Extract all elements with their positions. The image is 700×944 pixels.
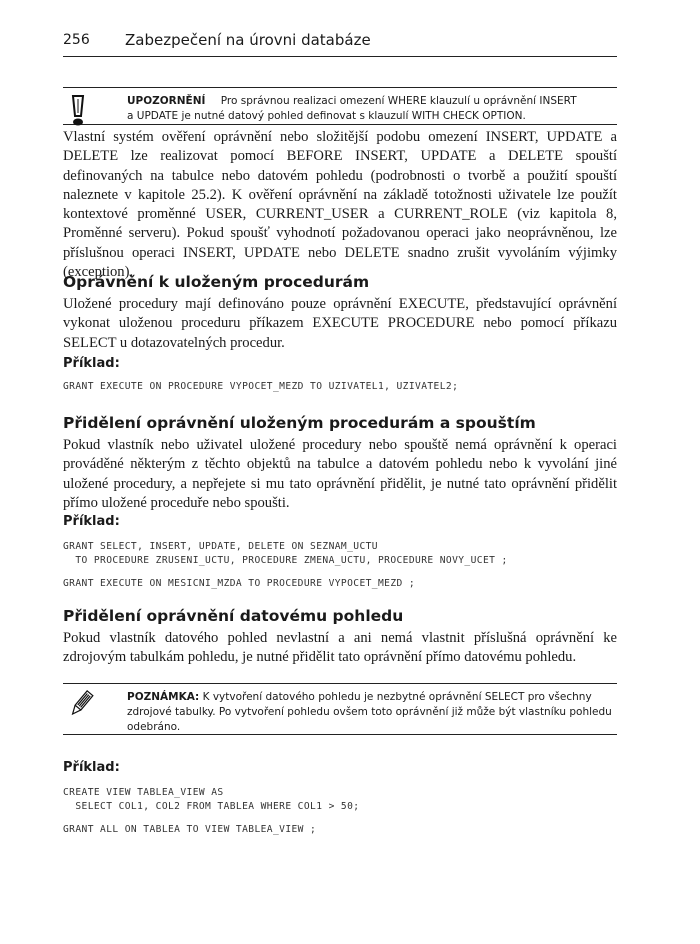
pencil-icon [67,690,95,718]
page-number: 256 [63,32,90,48]
heading-grant-procedures-triggers: Přidělení oprávnění uloženým procedurám … [63,414,536,432]
code-example-1: GRANT EXECUTE ON PROCEDURE VYPOCET_MEZD … [63,380,458,394]
grant-view-paragraph: Pokud vlastník datového pohled nevlastní… [63,629,617,668]
example-label-1: Příklad: [63,356,120,371]
note-text: POZNÁMKA: K vytvoření datového pohledu j… [127,684,617,741]
example-label-3: Příklad: [63,760,120,775]
warning-label: UPOZORNĚNÍ [127,95,205,107]
warning-callout: UPOZORNĚNÍ Pro správnou realizaci omezen… [63,87,617,125]
note-body: K vytvoření datového pohledu je nezbytné… [127,691,612,733]
intro-paragraph: Vlastní systém ověření oprávnění nebo sl… [63,128,617,282]
code-example-2b: GRANT EXECUTE ON MESICNI_MZDA TO PROCEDU… [63,577,415,591]
note-callout: POZNÁMKA: K vytvoření datového pohledu j… [63,683,617,735]
warning-line1: Pro správnou realizaci omezení WHERE kla… [221,95,577,107]
heading-stored-procedures: Oprávnění k uloženým procedurám [63,273,369,291]
code-example-3a: CREATE VIEW TABLEA_VIEW AS SELECT COL1, … [63,786,359,814]
note-label: POZNÁMKA: [127,691,199,703]
exclamation-icon [67,94,89,128]
code-example-3b: GRANT ALL ON TABLEA TO VIEW TABLEA_VIEW … [63,823,316,837]
grant-procedures-paragraph: Pokud vlastník nebo uživatel uložené pro… [63,436,617,513]
warning-line2: a UPDATE je nutné datový pohled definova… [127,110,526,122]
stored-procedures-paragraph: Uložené procedury mají definováno pouze … [63,295,617,353]
warning-text: UPOZORNĚNÍ Pro správnou realizaci omezen… [127,88,617,130]
code-example-2a: GRANT SELECT, INSERT, UPDATE, DELETE ON … [63,540,508,568]
page-header: 256 Zabezpečení na úrovni databáze [63,30,617,57]
example-label-2: Příklad: [63,514,120,529]
heading-grant-view: Přidělení oprávnění datovému pohledu [63,607,403,625]
running-title: Zabezpečení na úrovni databáze [125,31,371,49]
